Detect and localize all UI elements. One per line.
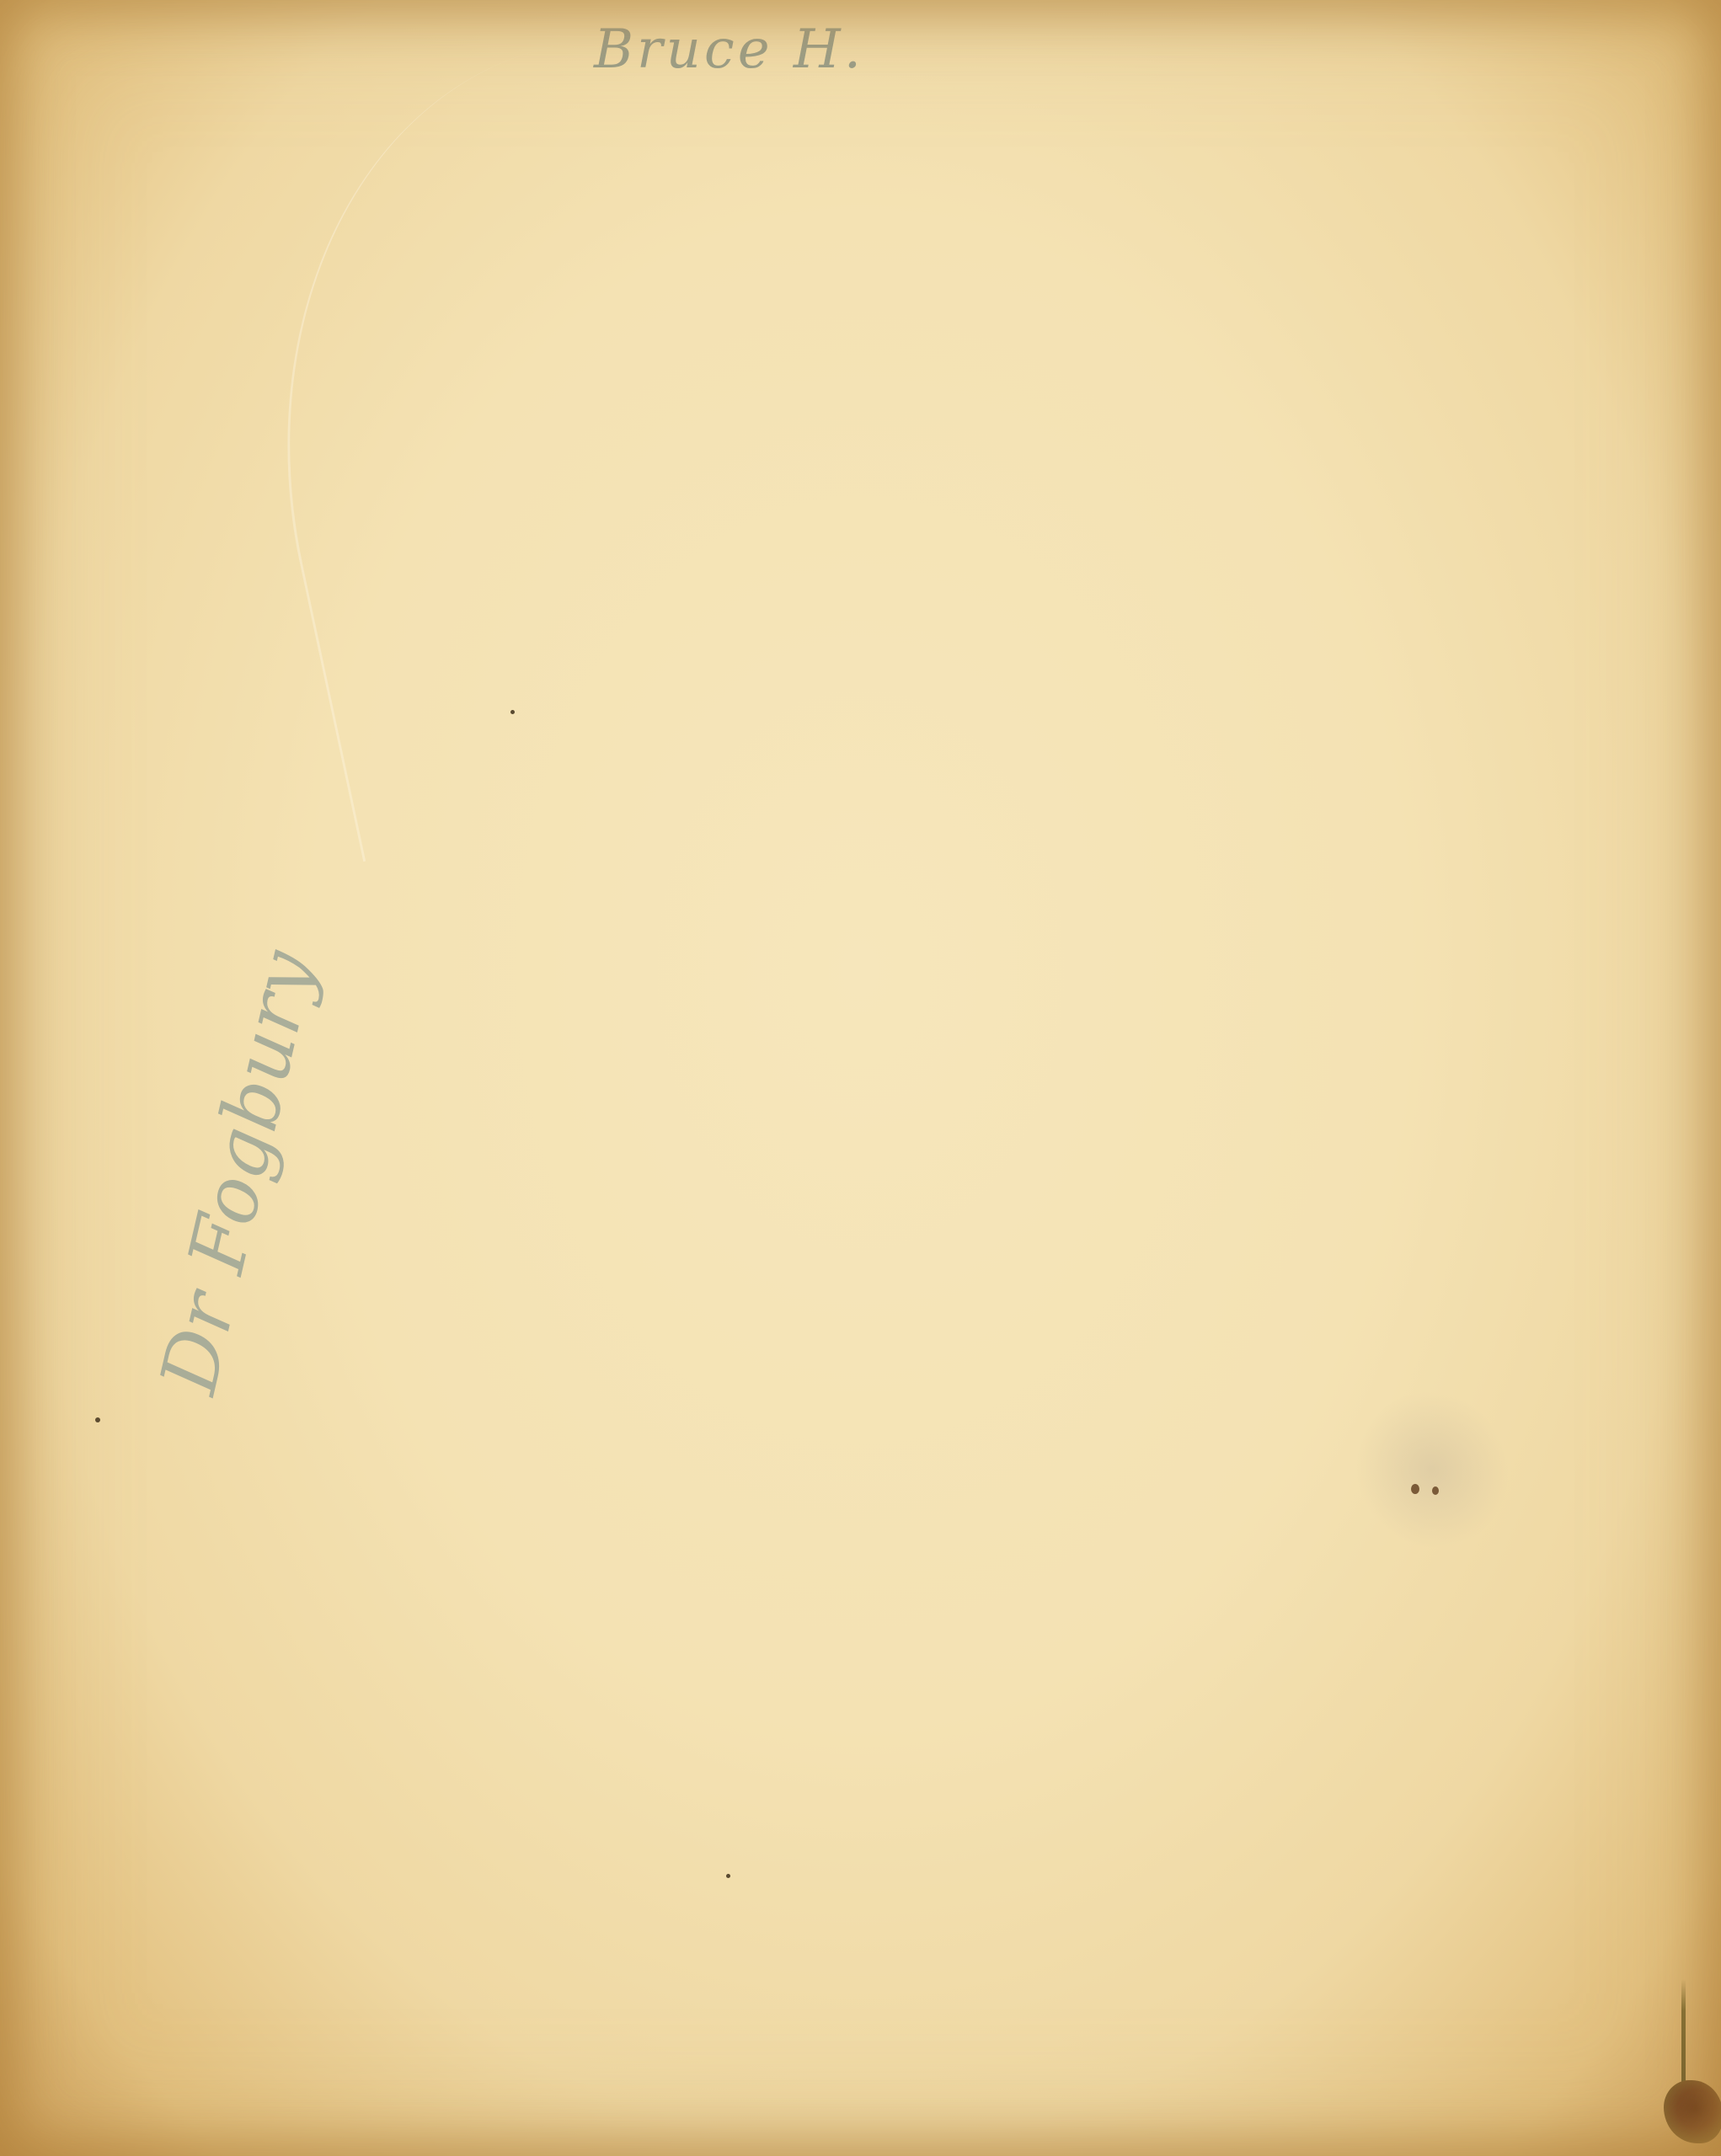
ink-spot <box>1411 1484 1419 1494</box>
ink-spot <box>1432 1486 1439 1495</box>
smudge-mark <box>1327 1363 1538 1577</box>
handwritten-name-top: Bruce H. <box>594 19 864 81</box>
drip-mark <box>1681 1979 1686 2084</box>
paper-crease <box>206 0 943 862</box>
scanned-paper-page: Bruce H. Dr Fogbury <box>0 0 1721 2156</box>
ink-spot <box>510 710 515 714</box>
ink-spot <box>726 1874 730 1878</box>
corner-stain <box>1664 2080 1721 2143</box>
ink-spot <box>95 1417 100 1422</box>
handwritten-signature: Dr Fogbury <box>143 943 332 1402</box>
